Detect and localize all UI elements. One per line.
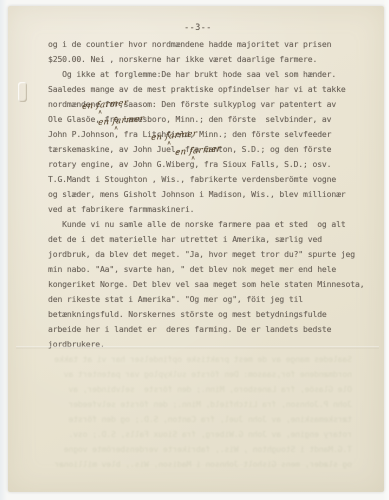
scan-background: --3-- og i de countier hvor nordmændene …	[0, 0, 389, 500]
handwritten-annotation: en farmer ∧	[151, 132, 197, 141]
typed-line: det de i det materielle har utrettet i A…	[48, 232, 358, 247]
typed-line: den rikeste stat i Amerika". "Og mer og"…	[48, 292, 358, 307]
insertion-caret-icon: ∧	[98, 110, 102, 116]
typed-line: $250.00. Nei , norskerne har ikke været …	[48, 52, 358, 67]
typed-line: ved at fabrikere farmmaskineri.	[48, 202, 358, 217]
typed-line: jordbruk, da blev det meget. "Ja, hvor m…	[48, 247, 358, 262]
typed-line: og i de countier hvor nordmændene hadde …	[48, 37, 358, 52]
paper-crease	[16, 346, 379, 349]
paper-emboss-mark	[18, 82, 27, 102]
typed-text-block: og i de countier hvor nordmændene hadde …	[48, 37, 358, 352]
insertion-caret-icon: ∧	[167, 141, 171, 147]
insertion-caret-icon: ∧	[114, 126, 118, 132]
typed-line: Ole Glasöe, fra Lanesboro, Minn.; den fö…	[48, 112, 358, 127]
typed-line: min nabo. "Aa", svarte han, " det blev n…	[48, 262, 358, 277]
handwritten-annotation: en farmer ∧	[82, 101, 128, 110]
insertion-caret-icon: ∧	[191, 156, 195, 162]
typed-line: arbeide her i landet er deres farming. D…	[48, 322, 358, 337]
handwritten-annotation: en farmer ∧	[175, 147, 221, 156]
typed-line: jordbrukere.	[48, 337, 358, 352]
typed-line: og slæder, mens Gisholt Johnson i Madiso…	[48, 187, 358, 202]
typed-line: Saaledes mange av de mest praktiske opfi…	[48, 82, 358, 97]
typed-line: rotary engine, av John G.Wiberg, fra Sio…	[48, 157, 358, 172]
typed-line: T.G.Mandt i Stoughton , Wis., fabrikerte…	[48, 172, 358, 187]
typed-line: kongeriket Norge. Det blev vel saa meget…	[48, 277, 358, 292]
page-number: --3--	[48, 21, 348, 33]
typed-line: Kunde vi nu samle alle de norske farmere…	[48, 217, 358, 232]
handwritten-annotation: en farmer ∧	[98, 117, 144, 126]
typed-line: John P.Johnson, fra Litchfield, Minn.; d…	[48, 127, 358, 142]
typed-line: Og ikke at forglemme:De har brukt hode s…	[48, 67, 358, 82]
typed-line: betænkningsfuld. Norskernes störste og m…	[48, 307, 358, 322]
